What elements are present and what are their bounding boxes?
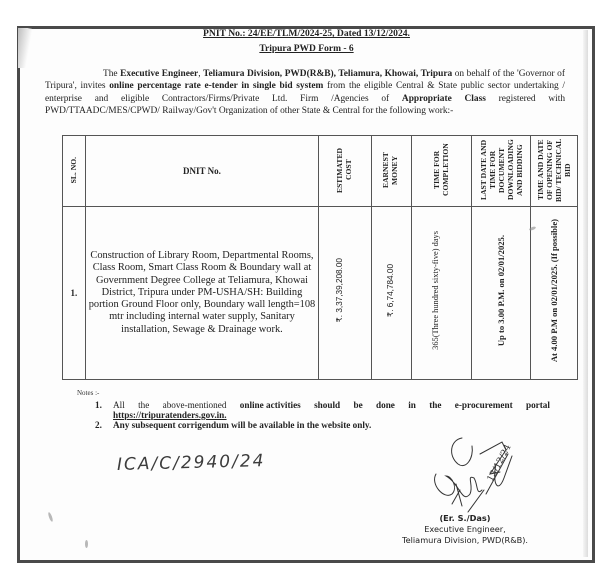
cell-opening-date: At 4.00 P.M on 02/01/2025. (If possible) [531,207,578,380]
cell-estimated-cost: ₹. 3,37,39,208.00 [319,207,371,380]
note-word: All [113,400,125,410]
intro-bold: Executive Engineer [120,69,198,79]
header-last-date: LAST DATE AND TIME FOR DOCUMENT DOWNLOAD… [472,136,531,207]
note-word: the [429,400,441,410]
header-opening-date: TIME AND DATE OF OPENING OF BID/ TECHNIC… [531,136,578,207]
signatory-designation: Executive Engineer, [380,524,550,535]
header-sl-no: SL. NO. [63,136,86,207]
pnit-number-heading: PNIT No.: 24/EE/TLM/2024-25, Dated 13/12… [0,28,613,39]
header-text: DNIT No. [183,166,221,176]
note-word: portal [526,400,550,410]
e-procurement-portal-link[interactable]: https://tripuratenders.gov.in. [95,410,550,420]
note-word: should [314,400,340,410]
note-word: in [408,400,416,410]
header-estimated-cost: ESTIMATED COST [319,136,371,207]
note-num: 2. [95,420,113,430]
page-edge-shadow [583,30,588,557]
header-time-for-completion: TIME FOR COMPLETION [412,136,472,207]
note-word: online activities [240,400,301,410]
note-word: be [353,400,362,410]
note-line: 1.All the above-mentioned online activit… [95,400,550,410]
form-title: Tripura PWD Form - 6 [0,44,613,54]
note-text: Any subsequent corrigendum will be avail… [113,420,371,430]
header-text: ESTIMATED COST [335,137,355,203]
intro-bold: Appropriate Class [402,94,486,104]
signatory-block: (Er. S./Das) Executive Engineer, Teliamu… [380,513,550,546]
header-text: SL. NO. [69,157,78,183]
header-text: TIME FOR COMPLETION [432,137,452,203]
note-item: 1.All the above-mentioned online activit… [95,400,550,420]
note-word: e-procurement [455,400,513,410]
table-row: 1. Construction of Library Room, Departm… [63,207,578,380]
signatory-name: (Er. S./Das) [380,513,550,524]
signature-icon: 13/12/24 [422,434,532,514]
note-number: 1.All [95,400,125,410]
estimated-cost-value: ₹. 3,37,39,208.00 [335,258,355,322]
tender-table: SL. NO. DNIT No. ESTIMATED COST EARNEST … [62,135,578,380]
note-word: done [376,400,395,410]
header-text: LAST DATE AND TIME FOR DOCUMENT DOWNLOAD… [479,137,524,203]
note-num: 1. [95,400,113,410]
table-header-row: SL. NO. DNIT No. ESTIMATED COST EARNEST … [63,136,578,207]
intro-paragraph: The Executive Engineer, Teliamura Divisi… [45,68,565,118]
header-dnit-no: DNIT No. [85,136,318,207]
intro-bold: online percentage rate e-tender in singl… [109,81,323,91]
header-text: TIME AND DATE OF OPENING OF BID/ TECHNIC… [536,137,572,203]
header-text: EARNEST MONEY [381,137,401,203]
note-word: above-mentioned [163,400,227,410]
notes-label: Notes :- [77,389,99,397]
completion-time-value: 365(Three hundred sixty-five) days [431,231,453,350]
note-item: 2.Any subsequent corrigendum will be ava… [95,420,371,430]
signatory-office: Teliamura Division, PWD(R&B). [380,535,550,546]
last-date-value: Up to 3.00 P.M. on 02/01/2025. [496,235,506,346]
handwritten-reference-number: ICA/C/2940/24 [117,451,266,475]
cell-sl-no: 1. [63,207,86,380]
intro-bold: Teliamura Division, PWD(R&B), Teliamura,… [203,69,452,79]
earnest-money-value: ₹. 6,74,784.00 [386,264,396,317]
header-earnest-money: EARNEST MONEY [371,136,412,207]
note-word: the [138,400,149,410]
scan-smudge [85,540,88,548]
cell-time-for-completion: 365(Three hundred sixty-five) days [412,207,472,380]
cell-earnest-money: ₹. 6,74,784.00 [371,207,412,380]
cell-last-date: Up to 3.00 P.M. on 02/01/2025. [472,207,531,380]
cell-work-description: Construction of Library Room, Department… [85,207,318,380]
opening-date-value: At 4.00 P.M on 02/01/2025. (If possible) [549,219,559,362]
intro-text: The [103,69,120,79]
